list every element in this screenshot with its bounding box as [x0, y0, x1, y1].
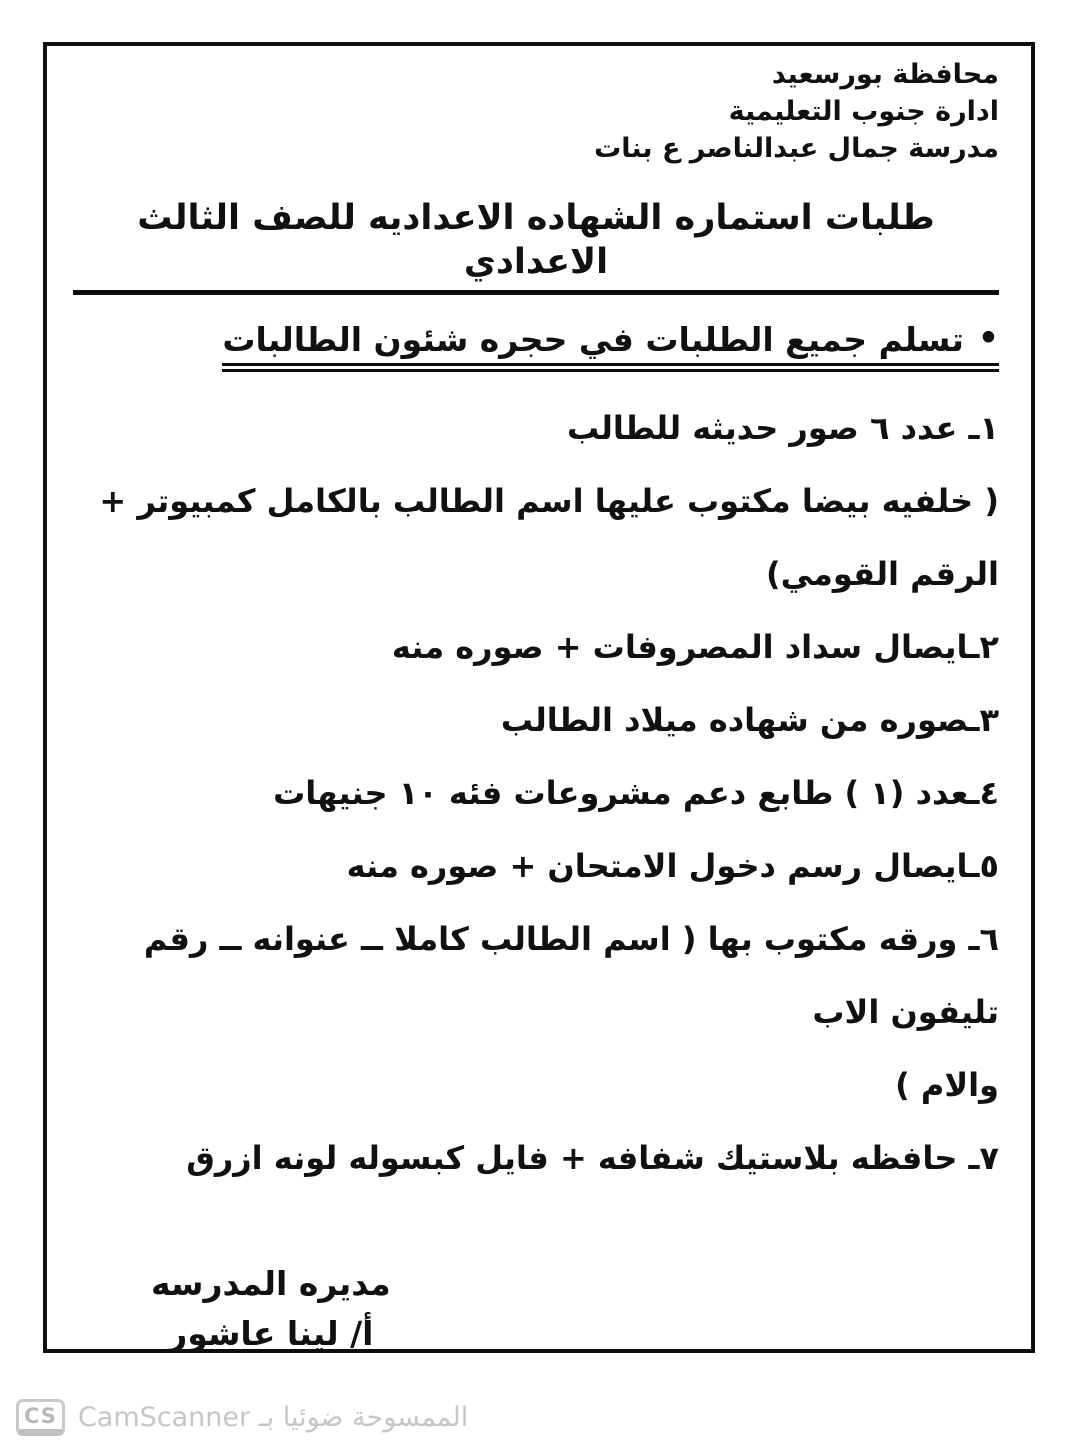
list-item: ٢ـايصال سداد المصروفات + صوره منه	[73, 611, 999, 684]
item-6-text: ٦ـ ورقه مكتوب بها ( اسم الطالب كاملا ــ …	[73, 903, 999, 1049]
delivery-notice: •تسلم جميع الطلبات في حجره شئون الطالبات	[222, 319, 999, 373]
item-6-text-continued: والام )	[73, 1049, 999, 1122]
signature-role: مديره المدرسه	[151, 1259, 391, 1309]
list-item: ٣ـصوره من شهاده ميلاد الطالب	[73, 684, 999, 757]
scanned-document: محافظة بورسعيد ادارة جنوب التعليمية مدرس…	[47, 46, 1031, 1349]
letterhead: محافظة بورسعيد ادارة جنوب التعليمية مدرس…	[73, 56, 999, 167]
title-row: طلبات استماره الشهاده الاعداديه للصف الث…	[73, 197, 999, 295]
notice-row: •تسلم جميع الطلبات في حجره شئون الطالبات	[73, 319, 999, 373]
letterhead-school: مدرسة جمال عبدالناصر ع بنات	[73, 130, 999, 167]
item-1-note: ( خلفيه بيضا مكتوب عليها اسم الطالب بالك…	[73, 465, 999, 611]
list-item: ٦ـ ورقه مكتوب بها ( اسم الطالب كاملا ــ …	[73, 903, 999, 1122]
list-item: ٤ـعدد (١ ) طابع دعم مشروعات فئه ١٠ جنيها…	[73, 757, 999, 830]
camscanner-watermark: CS الممسوحة ضوئيا بـ CamScanner	[16, 1394, 468, 1440]
delivery-notice-text: تسلم جميع الطلبات في حجره شئون الطالبات	[222, 320, 964, 359]
list-item: ٧ـ حافظه بلاستيك شفافه + فايل كبسوله لون…	[73, 1122, 999, 1195]
letterhead-governorate: محافظة بورسعيد	[73, 56, 999, 93]
camscanner-logo-icon: CS	[16, 1399, 65, 1436]
document-border-frame: محافظة بورسعيد ادارة جنوب التعليمية مدرس…	[43, 42, 1035, 1353]
letterhead-directorate: ادارة جنوب التعليمية	[73, 93, 999, 130]
bullet-marker: •	[978, 317, 999, 360]
item-4-text: ٤ـعدد (١ ) طابع دعم مشروعات فئه ١٠ جنيها…	[73, 757, 999, 830]
document-title: طلبات استماره الشهاده الاعداديه للصف الث…	[73, 197, 999, 295]
list-item: ١ـ عدد ٦ صور حديثه للطالب ( خلفيه بيضا م…	[73, 392, 999, 611]
signature-block: مديره المدرسه أ/ لينا عاشور	[151, 1259, 391, 1359]
item-1-text: ١ـ عدد ٦ صور حديثه للطالب	[73, 392, 999, 465]
item-3-text: ٣ـصوره من شهاده ميلاد الطالب	[73, 684, 999, 757]
item-7-text: ٧ـ حافظه بلاستيك شفافه + فايل كبسوله لون…	[73, 1122, 999, 1195]
list-item: ٥ـايصال رسم دخول الامتحان + صوره منه	[73, 830, 999, 903]
camscanner-watermark-text: الممسوحة ضوئيا بـ CamScanner	[78, 1402, 468, 1433]
signature-name: أ/ لينا عاشور	[151, 1309, 391, 1359]
item-2-text: ٢ـايصال سداد المصروفات + صوره منه	[73, 611, 999, 684]
requirements-list: ١ـ عدد ٦ صور حديثه للطالب ( خلفيه بيضا م…	[73, 392, 999, 1195]
item-5-text: ٥ـايصال رسم دخول الامتحان + صوره منه	[73, 830, 999, 903]
